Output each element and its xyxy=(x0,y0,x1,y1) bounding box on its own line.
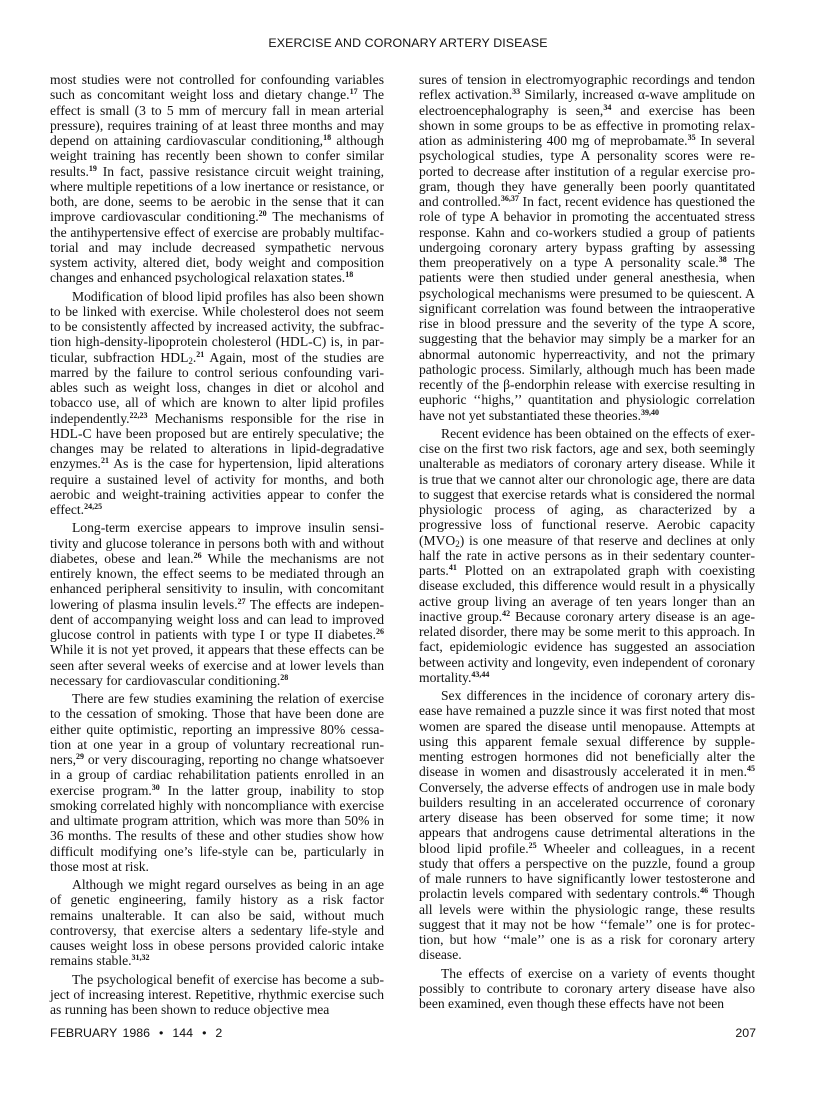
paragraph-psychological-cont: sures of tension in electromyographic re… xyxy=(419,72,755,423)
reference-citation: 18 xyxy=(345,270,353,279)
left-column: most studies were not controlled for con… xyxy=(50,72,384,1020)
reference-citation: 36,37 xyxy=(501,194,519,203)
reference-citation: 41 xyxy=(449,563,457,572)
footer-volume: 144 xyxy=(172,1026,193,1040)
subscript: 2 xyxy=(455,539,460,549)
reference-citation: 29 xyxy=(76,752,84,761)
reference-citation: 21 xyxy=(101,456,109,465)
footer-issue: 2 xyxy=(215,1026,222,1040)
reference-citation: 42 xyxy=(502,609,510,618)
paragraph-hypertension-cont: most studies were not controlled for con… xyxy=(50,72,384,286)
paragraph-age-and-aging: Recent evidence has been obtained on the… xyxy=(419,426,755,685)
reference-citation: 43,44 xyxy=(471,670,489,679)
running-head-title: EXERCISE AND CORONARY ARTERY DISEASE xyxy=(0,36,816,50)
reference-citation: 22,23 xyxy=(130,411,148,420)
reference-citation: 28 xyxy=(280,673,288,682)
footer-separator: • xyxy=(159,1026,163,1040)
reference-citation: 38 xyxy=(719,255,727,264)
reference-citation: 26 xyxy=(376,627,384,636)
reference-citation: 24,25 xyxy=(84,502,102,511)
footer-journal-info: FEBRUARY 1986•144•2 xyxy=(50,1026,222,1040)
reference-citation: 34 xyxy=(603,103,611,112)
reference-citation: 31,32 xyxy=(132,953,150,962)
subscript: 2 xyxy=(188,356,193,366)
reference-citation: 18 xyxy=(323,133,331,142)
reference-citation: 35 xyxy=(688,133,696,142)
paragraph-family-history: Although we might regard ourselves as be… xyxy=(50,877,384,969)
reference-citation: 17 xyxy=(350,87,358,96)
footer-separator: • xyxy=(202,1026,206,1040)
reference-citation: 45 xyxy=(747,764,755,773)
reference-citation: 20 xyxy=(259,209,267,218)
paragraph-sex-differences: Sex differences in the incidence of coro… xyxy=(419,688,755,963)
reference-citation: 19 xyxy=(89,164,97,173)
paragraph-smoking-cessation: There are few studies examining the rela… xyxy=(50,691,384,874)
paragraph-insulin-sensitivity: Long-term exercise appears to improve in… xyxy=(50,520,384,688)
reference-citation: 25 xyxy=(529,841,537,850)
reference-citation: 27 xyxy=(238,597,246,606)
reference-citation: 30 xyxy=(152,783,160,792)
paragraph-blood-lipids: Modification of blood lipid profiles has… xyxy=(50,289,384,518)
reference-citation: 21 xyxy=(196,350,204,359)
reference-citation: 26 xyxy=(194,551,202,560)
right-column: sures of tension in electromyographic re… xyxy=(419,72,755,1014)
footer-month-year: FEBRUARY 1986 xyxy=(50,1026,150,1040)
paragraph-psychological-benefit: The psychological benefit of exercise ha… xyxy=(50,972,384,1018)
reference-citation: 33 xyxy=(512,87,520,96)
reference-citation: 46 xyxy=(700,886,708,895)
page-number: 207 xyxy=(722,1026,756,1040)
paragraph-other-events: The effects of exercise on a variety of … xyxy=(419,966,755,1012)
reference-citation: 39,40 xyxy=(641,408,659,417)
